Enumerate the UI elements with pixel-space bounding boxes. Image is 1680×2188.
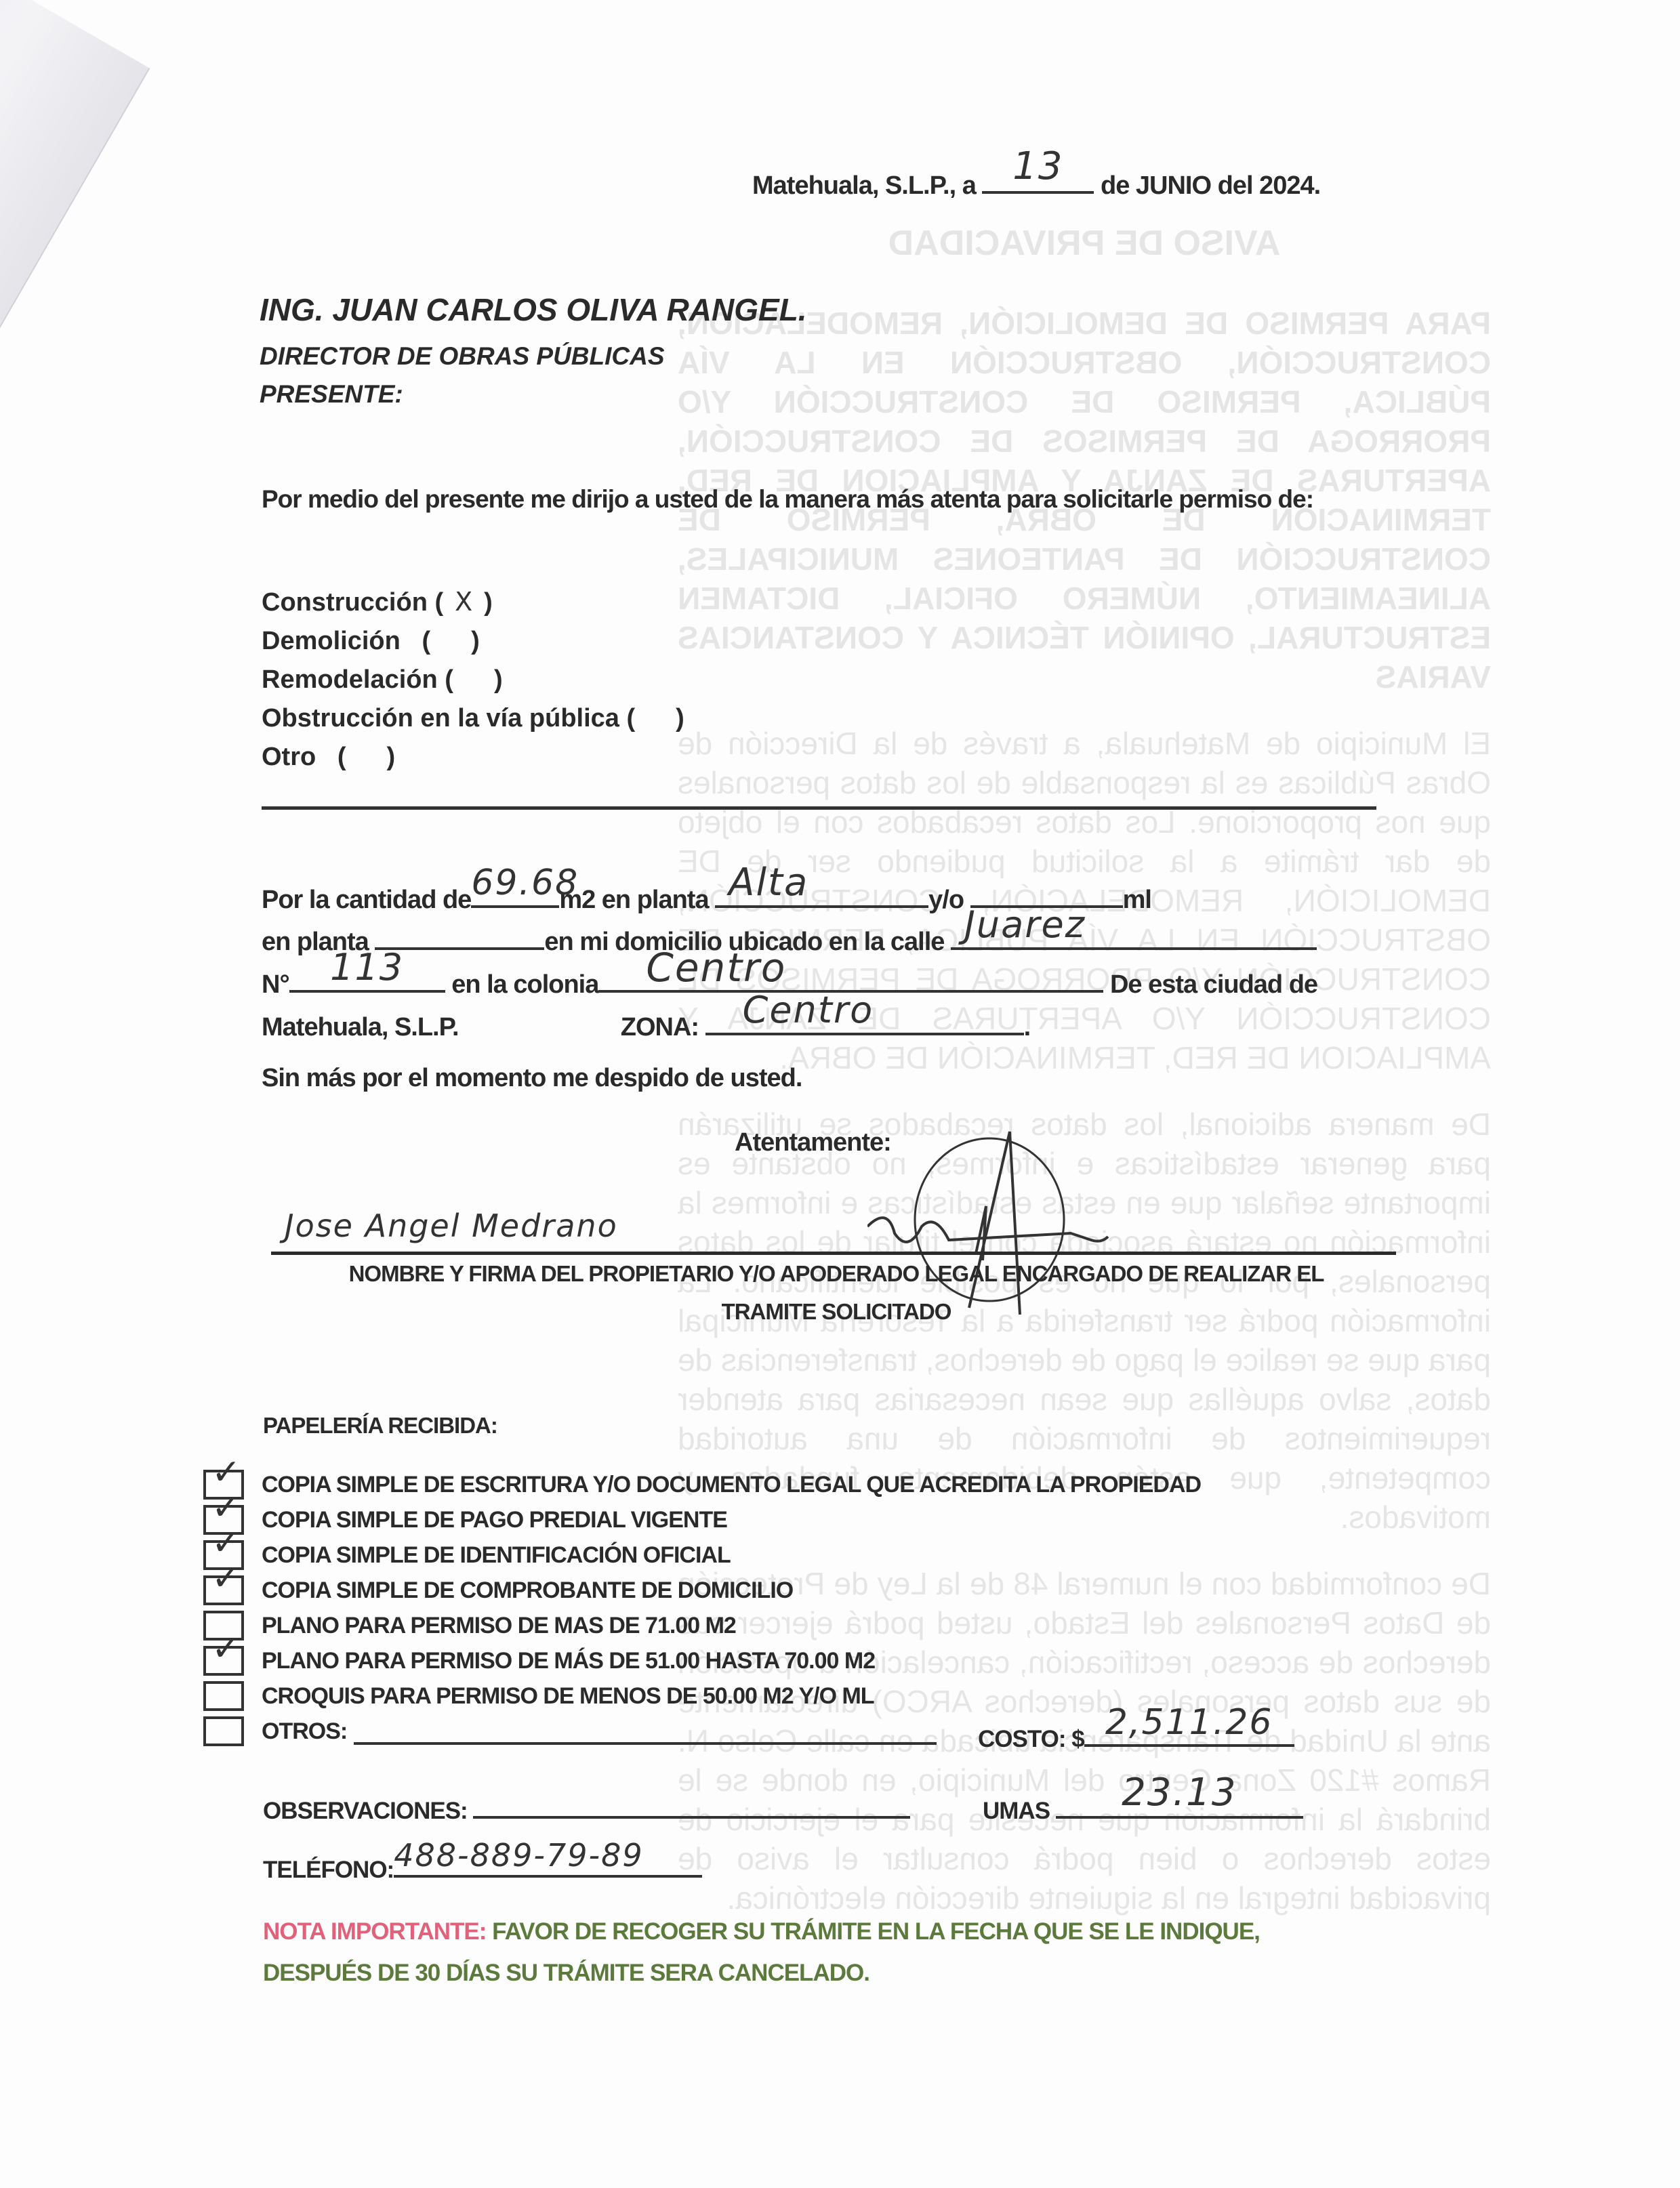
quantity-field[interactable]: 69.68: [471, 874, 559, 908]
umas-value: 23.13: [1056, 1771, 1303, 1815]
addressee-title: DIRECTOR DE OBRAS PÚBLICAS: [260, 337, 807, 375]
papeleria-item: ✓COPIA SIMPLE DE IDENTIFICACIÓN OFICIAL: [203, 1537, 1201, 1573]
telefono-row: TELÉFONO:488-889-79-89: [263, 1848, 702, 1884]
x-mark-icon[interactable]: X: [443, 583, 484, 621]
observaciones-row: OBSERVACIONES:: [263, 1789, 910, 1825]
papeleria-list: ✓COPIA SIMPLE DE ESCRITURA Y/O DOCUMENTO…: [203, 1467, 1201, 1749]
signature-caption-line1: NOMBRE Y FIRMA DEL PROPIETARIO Y/O APODE…: [274, 1255, 1399, 1293]
quantity-prefix: Por la cantidad de: [262, 886, 471, 914]
papeleria-item: ✓COPIA SIMPLE DE COMPROBANTE DE DOMICILI…: [203, 1573, 1201, 1608]
papeleria-item-label: CROQUIS PARA PERMISO DE MENOS DE 50.00 M…: [262, 1683, 874, 1710]
check-mark-icon: ✓: [211, 1523, 241, 1563]
umas-field[interactable]: 23.13: [1056, 1789, 1303, 1819]
permit-option[interactable]: Remodelación (): [262, 661, 684, 699]
closing-text: Sin más por el momento me despido de ust…: [262, 1064, 802, 1093]
planta2-field[interactable]: [375, 916, 544, 950]
permit-option-label: Demolición: [262, 627, 401, 655]
papeleria-item: CROQUIS PARA PERMISO DE MENOS DE 50.00 M…: [203, 1678, 1201, 1714]
permit-option-label: Obstrucción en la vía pública: [262, 704, 619, 732]
day-field[interactable]: 13: [982, 161, 1094, 194]
permit-option-label: Construcción: [262, 588, 428, 617]
papeleria-checkbox[interactable]: ✓: [203, 1646, 244, 1676]
quantity-unit-text: m2 en planta: [559, 886, 708, 914]
papeleria-item-label: PLANO PARA PERMISO DE MÁS DE 51.00 HASTA…: [262, 1648, 875, 1674]
planta-value: Alta: [729, 862, 928, 904]
city-text: Matehuala, S.L.P.: [262, 1013, 459, 1041]
zona-value: Centro: [743, 989, 1024, 1031]
city-zona-row: Matehuala, S.L.P. ZONA: Centro.: [262, 1002, 1030, 1048]
calle-value: Juarez: [964, 904, 1317, 946]
addressee-name: ING. JUAN CARLOS OLIVA RANGEL.: [260, 291, 807, 328]
papeleria-title: PAPELERÍA RECIBIDA:: [263, 1413, 497, 1439]
papeleria-item-label: COPIA SIMPLE DE COMPROBANTE DE DOMICILIO: [262, 1577, 793, 1604]
permit-option[interactable]: Obstrucción en la vía pública (): [262, 699, 684, 738]
zona-field[interactable]: Centro: [705, 1002, 1024, 1035]
numero-value: 113: [289, 947, 445, 989]
colonia-text: en la colonia: [451, 970, 598, 999]
check-mark-icon: ✓: [211, 1558, 241, 1598]
colonia-value: Centro: [646, 947, 1103, 989]
papeleria-item-label: OTROS:: [262, 1718, 347, 1745]
check-mark-icon: ✓: [211, 1628, 241, 1669]
page-fold-shadow: [0, 0, 150, 1477]
signature-caption: NOMBRE Y FIRMA DEL PROPIETARIO Y/O APODE…: [274, 1255, 1399, 1331]
papeleria-item-label: PLANO PARA PERMISO DE MAS DE 71.00 M2: [262, 1613, 736, 1639]
costo-field[interactable]: 2,511.26: [1084, 1714, 1294, 1747]
numero-field[interactable]: 113: [289, 959, 445, 993]
observaciones-label: OBSERVACIONES:: [263, 1798, 468, 1824]
umas-row: UMAS 23.13: [983, 1789, 1303, 1825]
costo-value: 2,511.26: [1084, 1702, 1294, 1743]
colonia-field[interactable]: Centro: [598, 959, 1103, 993]
papeleria-checkbox[interactable]: [203, 1681, 244, 1711]
papeleria-item: PLANO PARA PERMISO DE MAS DE 71.00 M2: [203, 1608, 1201, 1643]
papeleria-item: ✓PLANO PARA PERMISO DE MÁS DE 51.00 HAST…: [203, 1643, 1201, 1678]
costo-row: COSTO: $2,511.26: [978, 1714, 1294, 1753]
permit-options: Construcción (X)Demolición ()Remodelació…: [262, 583, 684, 777]
papeleria-item: ✓COPIA SIMPLE DE ESCRITURA Y/O DOCUMENTO…: [203, 1467, 1201, 1502]
papeleria-item-label: COPIA SIMPLE DE ESCRITURA Y/O DOCUMENTO …: [262, 1472, 1201, 1498]
numero-label: N°: [262, 970, 289, 999]
quantity-value: 69.68: [471, 862, 559, 904]
telefono-label: TELÉFONO:: [263, 1857, 394, 1883]
otros-field[interactable]: [354, 1718, 937, 1745]
show-through-title: AVISO DE PRIVACIDAD: [678, 224, 1491, 263]
permit-option-label: Remodelación: [262, 665, 438, 694]
month-year: de JUNIO del 2024.: [1101, 171, 1320, 200]
permit-option[interactable]: Construcción (X): [262, 583, 684, 622]
papeleria-checkbox[interactable]: ✓: [203, 1575, 244, 1605]
addressee-greeting: PRESENTE:: [260, 375, 807, 413]
day-value: 13: [982, 144, 1094, 188]
umas-label: UMAS: [983, 1798, 1050, 1824]
papeleria-item-label: COPIA SIMPLE DE PAGO PREDIAL VIGENTE: [262, 1507, 727, 1533]
papeleria-checkbox[interactable]: [203, 1716, 244, 1746]
date-line: Matehuala, S.L.P., a 13 de JUNIO del 202…: [752, 161, 1320, 201]
zona-label: ZONA:: [621, 1013, 699, 1041]
telefono-value: 488-889-79-89: [394, 1837, 702, 1874]
addressee-block: ING. JUAN CARLOS OLIVA RANGEL. DIRECTOR …: [260, 291, 807, 413]
papeleria-item-label: COPIA SIMPLE DE IDENTIFICACIÓN OFICIAL: [262, 1542, 731, 1569]
otro-description-line[interactable]: [262, 806, 1376, 810]
intro-paragraph: Por medio del presente me dirijo a usted…: [262, 478, 1414, 521]
telefono-field[interactable]: 488-889-79-89: [394, 1848, 702, 1878]
permit-option[interactable]: Demolición (): [262, 622, 684, 661]
ciudad-text: De esta ciudad de: [1110, 970, 1317, 999]
signed-name: Jose Angel Medrano: [285, 1207, 618, 1244]
city-prefix: Matehuala, S.L.P., a: [752, 171, 976, 200]
nota-label: NOTA IMPORTANTE:: [263, 1918, 486, 1945]
check-mark-icon: ✓: [211, 1487, 241, 1528]
costo-label: COSTO: $: [978, 1726, 1084, 1752]
permit-option[interactable]: Otro (): [262, 738, 684, 777]
check-mark-icon: ✓: [211, 1452, 241, 1493]
nota-importante: NOTA IMPORTANTE: FAVOR DE RECOGER SU TRÁ…: [263, 1911, 1347, 1994]
calle-field[interactable]: Juarez: [951, 916, 1317, 950]
planta-field[interactable]: Alta: [715, 874, 928, 908]
permit-option-label: Otro: [262, 743, 316, 771]
yo-text: y/o: [928, 886, 964, 914]
signature-caption-line2: TRAMITE SOLICITADO: [274, 1293, 1399, 1331]
observaciones-field[interactable]: [473, 1789, 910, 1819]
papeleria-item: ✓COPIA SIMPLE DE PAGO PREDIAL VIGENTE: [203, 1502, 1201, 1537]
